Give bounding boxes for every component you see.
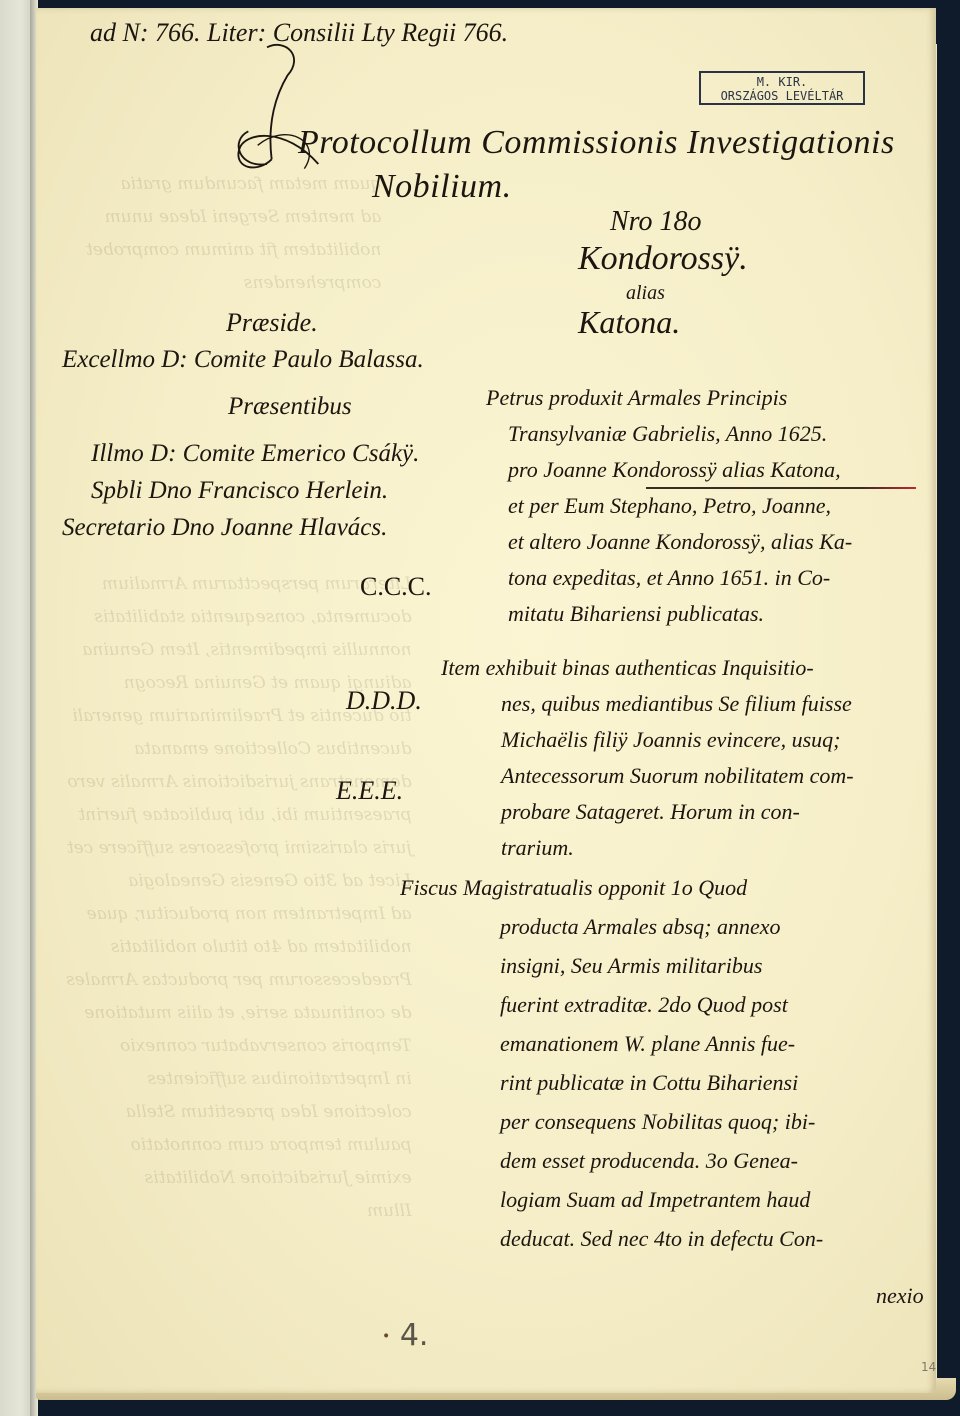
bleed-through-text: Literarum perspecttarum Armaliumdocument… [66,568,412,1228]
case-number: Nro 18o [610,206,702,238]
text-line: probare Satageret. Horum in con- [441,794,854,830]
member-3: Secretario Dno Joanne Hlavács. [62,514,387,542]
text-line: Item exhibuit binas authenticas Inquisit… [441,650,854,686]
text-line: producta Armales absq; annexo [400,907,823,946]
document-title-line-2: Nobilium. [372,168,512,206]
margin-mark-ccc: C.C.C. [360,572,432,602]
family-name: Kondorossÿ. [578,240,748,278]
member-2: Spbli Dno Francisco Herlein. [91,477,388,505]
page-number: 4. [400,1318,429,1353]
archive-stamp: M. KIR. ORSZÁGOS LEVÉLTÁR [699,71,865,105]
text-line: et per Eum Stephano, Petro, Joanne, [486,488,852,524]
text-line: Petrus produxit Armales Principis [486,380,852,416]
margin-mark-ddd: D.D.D. [346,686,422,716]
text-line: fuerint extraditæ. 2do Quod post [400,985,823,1024]
praeside-label: Præside. [226,308,318,338]
text-line: insigni, Seu Armis militaribus [400,946,823,985]
text-line: trarium. [441,830,854,866]
president-name: Excellmo D: Comite Paulo Balassa. [62,346,424,374]
member-1: Illmo D: Comite Emerico Csákÿ. [91,440,419,468]
text-line: deducat. Sed nec 4to in defectu Con- [400,1219,823,1258]
manuscript-page: quam metam facundum gratiaad mentem Serg… [36,8,936,1393]
alias-name: Katona. [578,304,680,341]
praesentibus-label: Præsentibus [228,393,352,421]
paragraph-3: Fiscus Magistratualis opponit 1o Quod pr… [400,868,823,1258]
left-page-edge [0,0,34,1416]
text-line: tona expeditas, et Anno 1651. in Co- [486,560,852,596]
text-line: Antecessorum Suorum nobilitatem com- [441,758,854,794]
text-line: et altero Joanne Kondorossÿ, alias Ka- [486,524,852,560]
text-line: nes, quibus mediantibus Se filium fuisse [441,686,854,722]
text-line: Fiscus Magistratualis opponit 1o Quod [400,868,823,907]
folio-number: 14 [921,1360,936,1374]
catchword: nexio [876,1283,924,1309]
stamp-line-1: M. KIR. [701,75,863,89]
text-line: per consequens Nobilitas quoq; ibi- [400,1102,823,1141]
text-line: pro Joanne Kondorossÿ alias Katona, [486,452,852,488]
text-line: mitatu Bihariensi publicatas. [486,596,852,632]
document-title-line-1: Protocollum Commissionis Investigationis [298,124,895,162]
text-line: Transylvaniæ Gabrielis, Anno 1625. [486,416,852,452]
name-underline [646,487,916,489]
paragraph-1: Petrus produxit Armales Principis Transy… [486,380,852,632]
text-line: logiam Suam ad Impetrantem haud [400,1180,823,1219]
margin-mark-eee: E.E.E. [336,776,403,806]
bleed-through-text: quam metam facundum gratiaad mentem Serg… [86,168,381,300]
text-line: emanationem W. plane Annis fue- [400,1024,823,1063]
text-line: Michaëlis filiÿ Joannis evincere, usuq; [441,722,854,758]
paragraph-2: Item exhibuit binas authenticas Inquisit… [441,650,854,866]
pencil-page-number: • 4. [382,1318,428,1353]
text-line: dem esset producenda. 3o Genea- [400,1141,823,1180]
alias-word: alias [626,282,665,305]
stamp-line-2: ORSZÁGOS LEVÉLTÁR [701,89,863,103]
text-line: rint publicatæ in Cottu Bihariensi [400,1063,823,1102]
